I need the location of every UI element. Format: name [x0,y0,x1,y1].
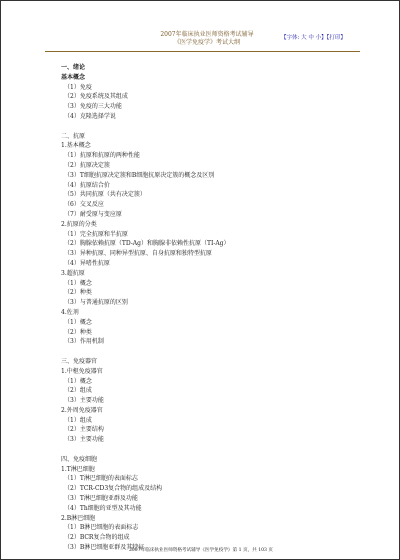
list-item: （2）主要结构 [61,425,361,435]
font-size-label: 【字体: [281,35,299,41]
list-item: （1）概念 [61,377,361,387]
font-medium-link[interactable]: 中 [308,35,314,41]
page-footer: 2007年临床执业医师资格考试辅导《医学免疫学》第 1 页，共 103 页 [1,548,400,554]
list-item: （3）主要功能 [61,396,361,406]
list-item: （7）耐受原与变应原 [61,210,361,220]
document-title: 2007年临床执业医师资格考试辅导 《医学免疫学》考试大纲 [137,31,277,47]
group-heading: 3.超抗原 [61,269,361,279]
list-item: （4）异嗜性抗原 [61,259,361,269]
list-item: （3）免疫的三大功能 [61,102,361,112]
section-heading: 四、免疫细胞 [61,455,361,465]
print-link[interactable]: 【打印】 [327,35,346,41]
list-item: （3）与普通抗原的区别 [61,298,361,308]
list-item: （1）抗原和抗原的两种性能 [61,151,361,161]
list-item: （2）免疫系统及其组成 [61,92,361,102]
list-item: （2）BCR复合物的组成 [61,533,361,543]
header-divider [45,51,360,52]
group-heading: 1.基本概念 [61,141,361,151]
list-item: （2）TCR-CD3复合物的组成及结构 [61,484,361,494]
list-item: （1）T淋巴细胞的表面标志 [61,474,361,484]
title-line-2: 《医学免疫学》考试大纲 [137,39,277,47]
list-item: （2）组成 [61,386,361,396]
list-item: （1）组成 [61,416,361,426]
list-item: （3）异种抗原、同种异型抗原、自身抗原和独特型抗原 [61,249,361,259]
list-item: （1）B淋巴细胞的表面标志 [61,523,361,533]
group-heading: 1.中枢免疫器官 [61,367,361,377]
group-heading: 基本概念 [61,73,361,83]
list-item: （1）完全抗原和半抗原 [61,230,361,240]
list-item: （3）T淋巴细胞亚群及功能 [61,494,361,504]
list-item: （1）概念 [61,279,361,289]
list-item: （2）胸腺依赖抗原（TD-Ag）和胸腺非依赖性抗原（TI-Ag） [61,239,361,249]
section-heading: 一、绪论 [61,63,361,73]
list-item: （2）抗原决定簇 [61,161,361,171]
header-tools: 【字体: 大 中 小】【打印】 [281,35,346,42]
document-page: 2007年临床执业医师资格考试辅导 《医学免疫学》考试大纲 【字体: 大 中 小… [0,0,400,560]
list-item: （2）种类 [61,328,361,338]
list-item: （6）交叉反应 [61,200,361,210]
group-heading: 2.B淋巴细胞 [61,514,361,524]
list-item: （3）作用机制 [61,337,361,347]
list-item: （4）抗原结合价 [61,181,361,191]
list-item: （4）克隆选择学说 [61,112,361,122]
group-heading: 4.佐剂 [61,308,361,318]
section-heading: 三、免疫器官 [61,357,361,367]
list-item: （2）种类 [61,288,361,298]
list-item: （3）主要功能 [61,435,361,445]
list-item: （1）概念 [61,318,361,328]
font-large-link[interactable]: 大 [301,35,307,41]
title-line-1: 2007年临床执业医师资格考试辅导 [137,31,277,39]
group-heading: 2.外周免疫器官 [61,406,361,416]
list-item: （5）共同抗原（共有决定簇） [61,190,361,200]
syllabus-content: 一、绪论 基本概念 （1）免疫 （2）免疫系统及其组成 （3）免疫的三大功能 （… [61,63,361,553]
group-heading: 2.抗原的分类 [61,220,361,230]
list-item: （4）Th细胞的亚型及其功能 [61,504,361,514]
group-heading: 1.T淋巴细胞 [61,465,361,475]
list-item: （1）免疫 [61,83,361,93]
list-item: （3）T细胞抗原决定簇和B细胞抗原决定簇的概念及区别 [61,171,361,181]
section-heading: 二、抗原 [61,132,361,142]
